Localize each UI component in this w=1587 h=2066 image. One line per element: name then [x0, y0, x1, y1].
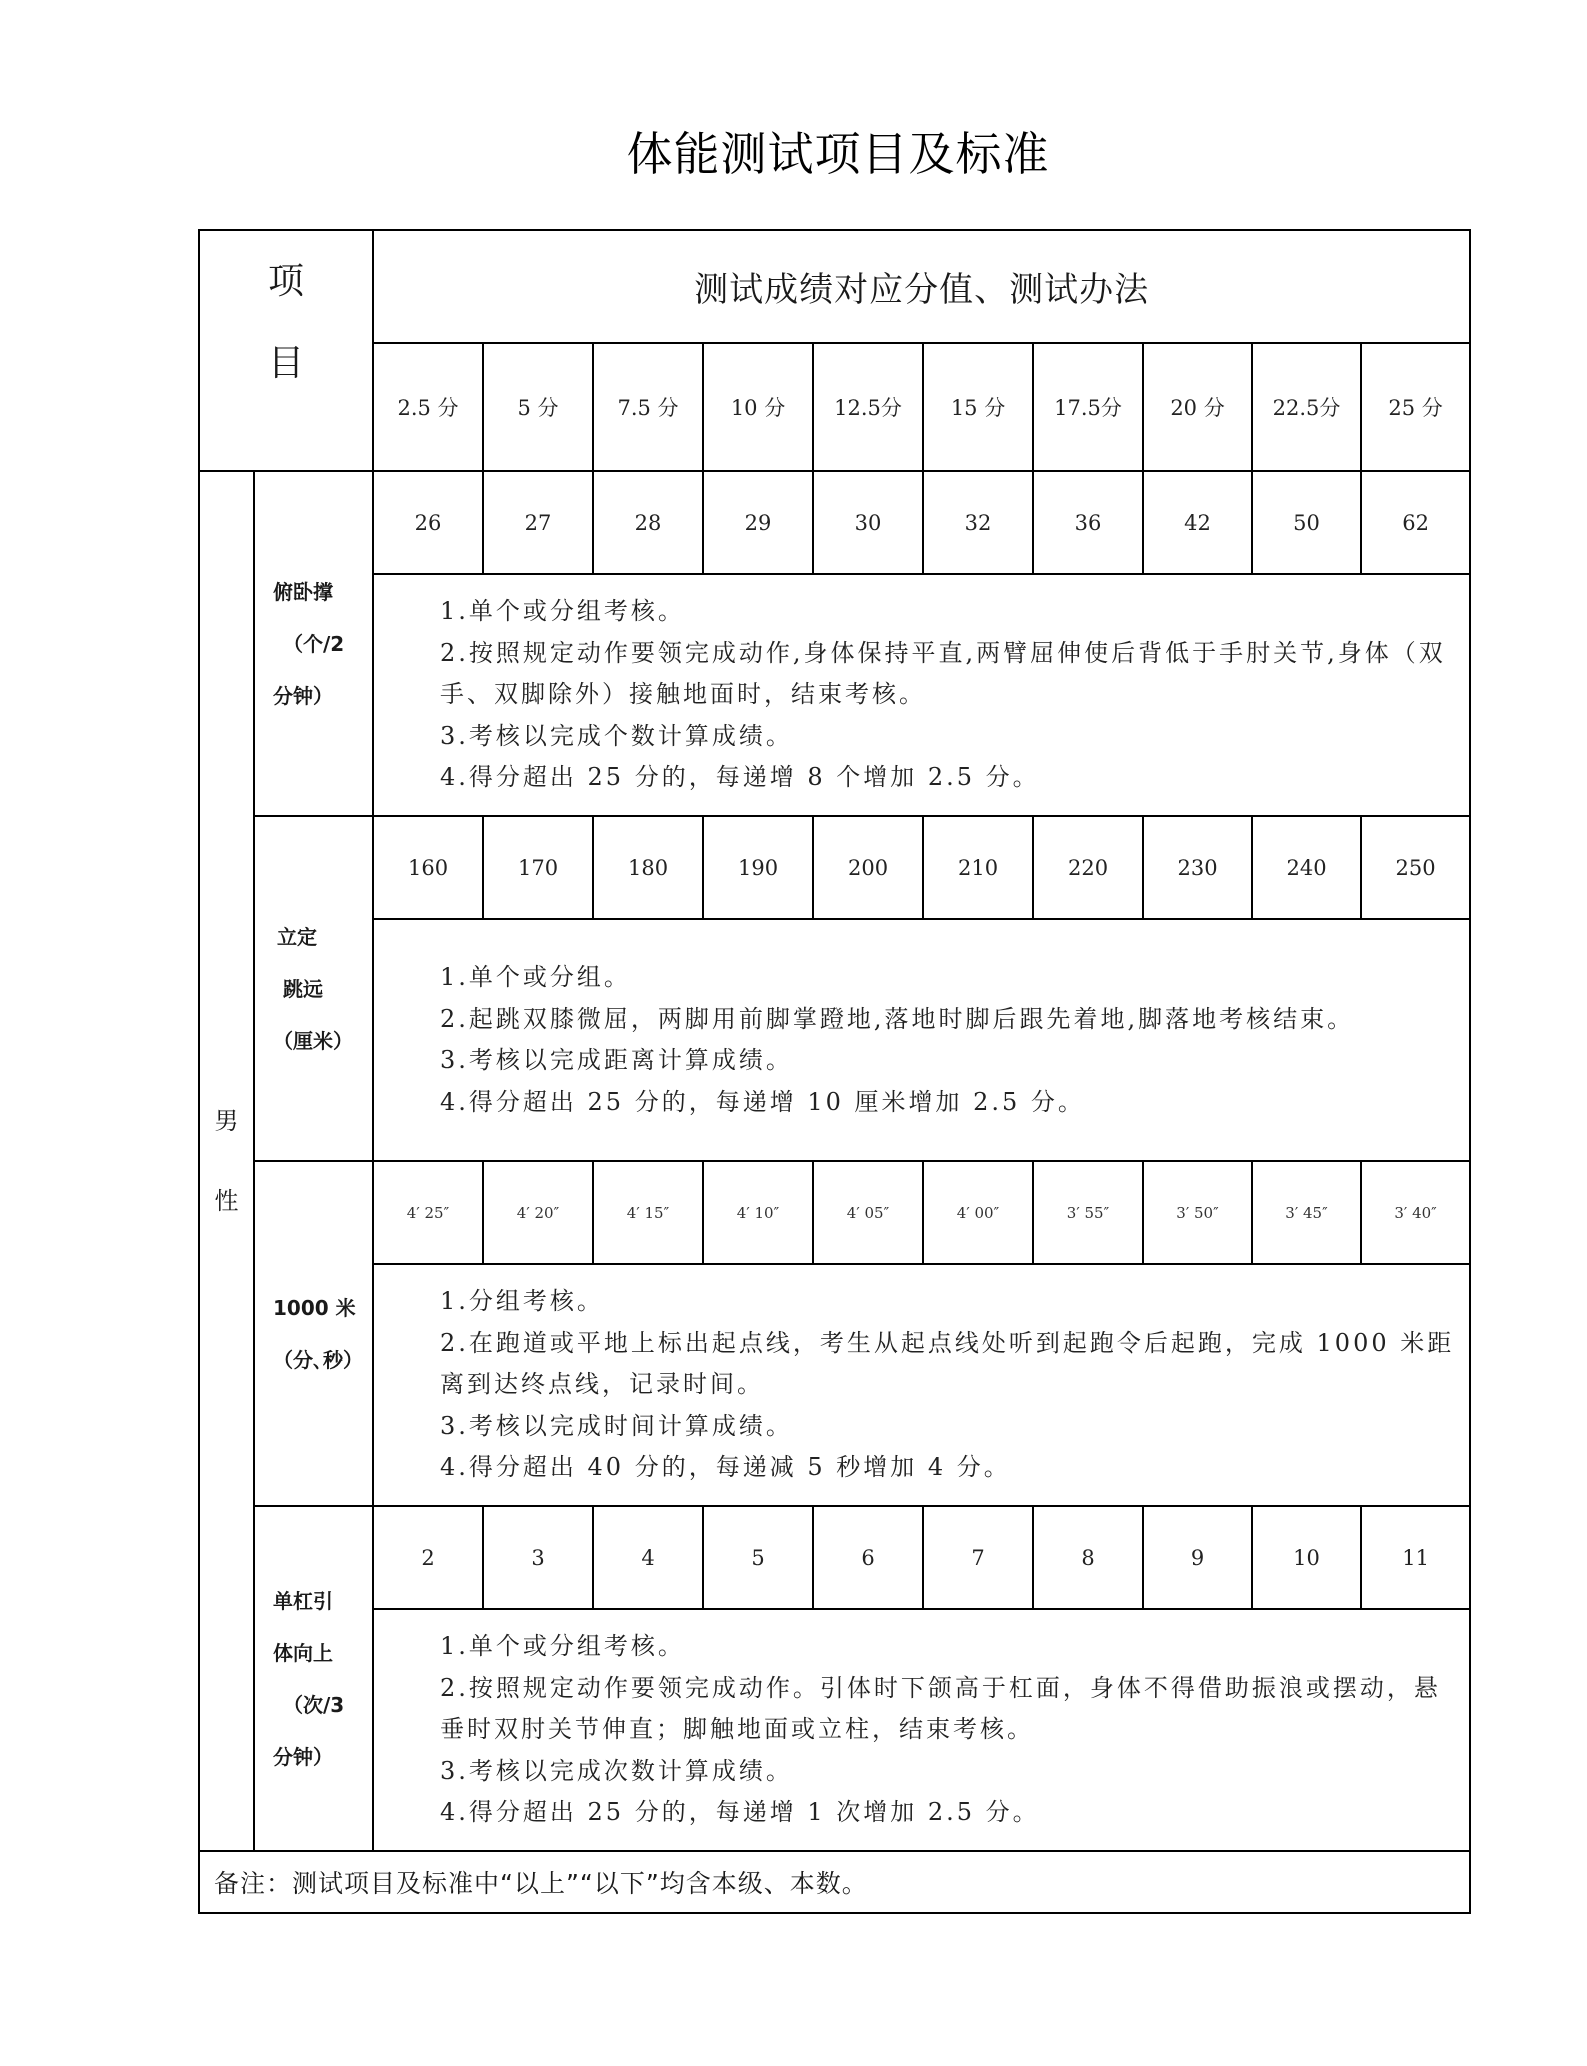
item-run1000: 1000 米 （分､秒）	[254, 1161, 373, 1506]
score-header-cell: 10 分	[703, 343, 813, 471]
gender-line2: 性	[200, 1161, 253, 1241]
item-name-line: （厘米）	[273, 1015, 372, 1067]
value-cell: 3′ 50″	[1143, 1161, 1252, 1264]
score-header-cell: 20 分	[1143, 343, 1252, 471]
score-method-header: 测试成绩对应分值、测试办法	[373, 230, 1470, 343]
value-cell: 27	[483, 471, 593, 574]
item-name-line: （分､秒）	[273, 1334, 372, 1386]
method-line: 1.分组考核。	[440, 1281, 1459, 1323]
value-cell: 26	[373, 471, 483, 574]
value-cell: 3′ 55″	[1033, 1161, 1143, 1264]
score-header-cell: 15 分	[923, 343, 1033, 471]
method-line: 1.单个或分组考核。	[440, 591, 1459, 633]
header-row-1: 项 目 测试成绩对应分值、测试办法	[199, 230, 1470, 343]
method-line: 4.得分超出 25 分的，每递增 8 个增加 2.5 分。	[440, 757, 1459, 799]
score-header-cell: 17.5分	[1033, 343, 1143, 471]
method-cell: 1.单个或分组考核。 2.按照规定动作要领完成动作,身体保持平直,两臂屈伸使后背…	[373, 574, 1470, 816]
method-line: 3.考核以完成距离计算成绩。	[440, 1040, 1459, 1082]
method-line: 1.单个或分组考核。	[440, 1626, 1459, 1668]
method-line: 2.按照规定动作要领完成动作,身体保持平直,两臂屈伸使后背低于手肘关节,身体（双…	[440, 633, 1459, 716]
method-line: 1.单个或分组。	[440, 957, 1459, 999]
item-name-line: 分钟）	[273, 670, 372, 722]
value-cell: 42	[1143, 471, 1252, 574]
method-cell: 1.单个或分组。 2.起跳双膝微屈，两脚用前脚掌蹬地,落地时脚后跟先着地,脚落地…	[373, 919, 1470, 1161]
gender-cell: 男 性	[199, 471, 254, 1851]
page-title: 体能测试项目及标准	[0, 118, 1587, 184]
standards-table: 项 目 测试成绩对应分值、测试办法 2.5 分 5 分 7.5 分 10 分 1…	[198, 229, 1471, 1914]
gender-line1: 男	[200, 1081, 253, 1161]
pullup-method-row: 1.单个或分组考核。 2.按照规定动作要领完成动作。引体时下颌高于杠面，身体不得…	[199, 1609, 1470, 1851]
method-line: 2.在跑道或平地上标出起点线，考生从起点线处听到起跑令后起跑，完成 1000 米…	[440, 1323, 1459, 1406]
value-cell: 3′ 45″	[1252, 1161, 1361, 1264]
value-cell: 170	[483, 816, 593, 919]
footer-note: 备注：测试项目及标准中“以上”“以下”均含本级、本数。	[199, 1851, 1470, 1913]
method-cell: 1.分组考核。 2.在跑道或平地上标出起点线，考生从起点线处听到起跑令后起跑，完…	[373, 1264, 1470, 1506]
value-cell: 3	[483, 1506, 593, 1609]
item-header-line1: 项	[200, 241, 372, 323]
longjump-values-row: 立定 跳远 （厘米） 160 170 180 190 200 210 220 2…	[199, 816, 1470, 919]
value-cell: 3′ 40″	[1361, 1161, 1470, 1264]
method-line: 3.考核以完成时间计算成绩。	[440, 1406, 1459, 1448]
item-name-line: 立定	[273, 911, 372, 963]
value-cell: 190	[703, 816, 813, 919]
value-cell: 4′ 10″	[703, 1161, 813, 1264]
value-cell: 4	[593, 1506, 703, 1609]
value-cell: 9	[1143, 1506, 1252, 1609]
item-header-line2: 目	[200, 323, 372, 405]
value-cell: 4′ 05″	[813, 1161, 923, 1264]
longjump-method-row: 1.单个或分组。 2.起跳双膝微屈，两脚用前脚掌蹬地,落地时脚后跟先着地,脚落地…	[199, 919, 1470, 1161]
score-header-cell: 22.5分	[1252, 343, 1361, 471]
value-cell: 4′ 00″	[923, 1161, 1033, 1264]
value-cell: 7	[923, 1506, 1033, 1609]
method-line: 2.起跳双膝微屈，两脚用前脚掌蹬地,落地时脚后跟先着地,脚落地考核结束。	[440, 999, 1459, 1041]
value-cell: 11	[1361, 1506, 1470, 1609]
score-header-cell: 7.5 分	[593, 343, 703, 471]
score-header-cell: 12.5分	[813, 343, 923, 471]
score-header-cell: 25 分	[1361, 343, 1470, 471]
value-cell: 230	[1143, 816, 1252, 919]
value-cell: 4′ 15″	[593, 1161, 703, 1264]
value-cell: 8	[1033, 1506, 1143, 1609]
value-cell: 200	[813, 816, 923, 919]
pushup-method-row: 1.单个或分组考核。 2.按照规定动作要领完成动作,身体保持平直,两臂屈伸使后背…	[199, 574, 1470, 816]
method-line: 4.得分超出 25 分的，每递增 10 厘米增加 2.5 分。	[440, 1082, 1459, 1124]
item-name-line: 分钟）	[273, 1731, 372, 1783]
method-line: 2.按照规定动作要领完成动作。引体时下颌高于杠面，身体不得借助振浪或摆动，悬垂时…	[440, 1668, 1459, 1751]
method-cell: 1.单个或分组考核。 2.按照规定动作要领完成动作。引体时下颌高于杠面，身体不得…	[373, 1609, 1470, 1851]
value-cell: 5	[703, 1506, 813, 1609]
score-header-cell: 2.5 分	[373, 343, 483, 471]
value-cell: 220	[1033, 816, 1143, 919]
item-pullup: 单杠引 体向上 （次/3 分钟）	[254, 1506, 373, 1851]
value-cell: 4′ 25″	[373, 1161, 483, 1264]
item-name-line: 俯卧撑	[273, 566, 372, 618]
value-cell: 30	[813, 471, 923, 574]
value-cell: 28	[593, 471, 703, 574]
item-name-line: （次/3	[273, 1679, 372, 1731]
item-name-line: （个/2	[273, 618, 372, 670]
value-cell: 160	[373, 816, 483, 919]
value-cell: 29	[703, 471, 813, 574]
item-longjump: 立定 跳远 （厘米）	[254, 816, 373, 1161]
value-cell: 210	[923, 816, 1033, 919]
item-header-cell: 项 目	[199, 230, 373, 471]
footer-row: 备注：测试项目及标准中“以上”“以下”均含本级、本数。	[199, 1851, 1470, 1913]
value-cell: 50	[1252, 471, 1361, 574]
item-pushup: 俯卧撑 （个/2 分钟）	[254, 471, 373, 816]
pushup-values-row: 男 性 俯卧撑 （个/2 分钟） 26 27 28 29 30 32 36 42…	[199, 471, 1470, 574]
value-cell: 32	[923, 471, 1033, 574]
method-line: 4.得分超出 40 分的，每递减 5 秒增加 4 分。	[440, 1447, 1459, 1489]
item-name-line: 跳远	[273, 963, 372, 1015]
item-name-line: 体向上	[273, 1627, 372, 1679]
item-name-line: 1000 米	[273, 1282, 372, 1334]
method-line: 3.考核以完成个数计算成绩。	[440, 716, 1459, 758]
value-cell: 62	[1361, 471, 1470, 574]
value-cell: 4′ 20″	[483, 1161, 593, 1264]
value-cell: 6	[813, 1506, 923, 1609]
value-cell: 2	[373, 1506, 483, 1609]
value-cell: 10	[1252, 1506, 1361, 1609]
item-name-line: 单杠引	[273, 1575, 372, 1627]
value-cell: 240	[1252, 816, 1361, 919]
score-header-cell: 5 分	[483, 343, 593, 471]
pullup-values-row: 单杠引 体向上 （次/3 分钟） 2 3 4 5 6 7 8 9 10 11	[199, 1506, 1470, 1609]
method-line: 3.考核以完成次数计算成绩。	[440, 1751, 1459, 1793]
value-cell: 180	[593, 816, 703, 919]
value-cell: 250	[1361, 816, 1470, 919]
score-header-row: 2.5 分 5 分 7.5 分 10 分 12.5分 15 分 17.5分 20…	[199, 343, 1470, 471]
value-cell: 36	[1033, 471, 1143, 574]
run1000-method-row: 1.分组考核。 2.在跑道或平地上标出起点线，考生从起点线处听到起跑令后起跑，完…	[199, 1264, 1470, 1506]
method-line: 4.得分超出 25 分的，每递增 1 次增加 2.5 分。	[440, 1792, 1459, 1834]
run1000-values-row: 1000 米 （分､秒） 4′ 25″ 4′ 20″ 4′ 15″ 4′ 10″…	[199, 1161, 1470, 1264]
